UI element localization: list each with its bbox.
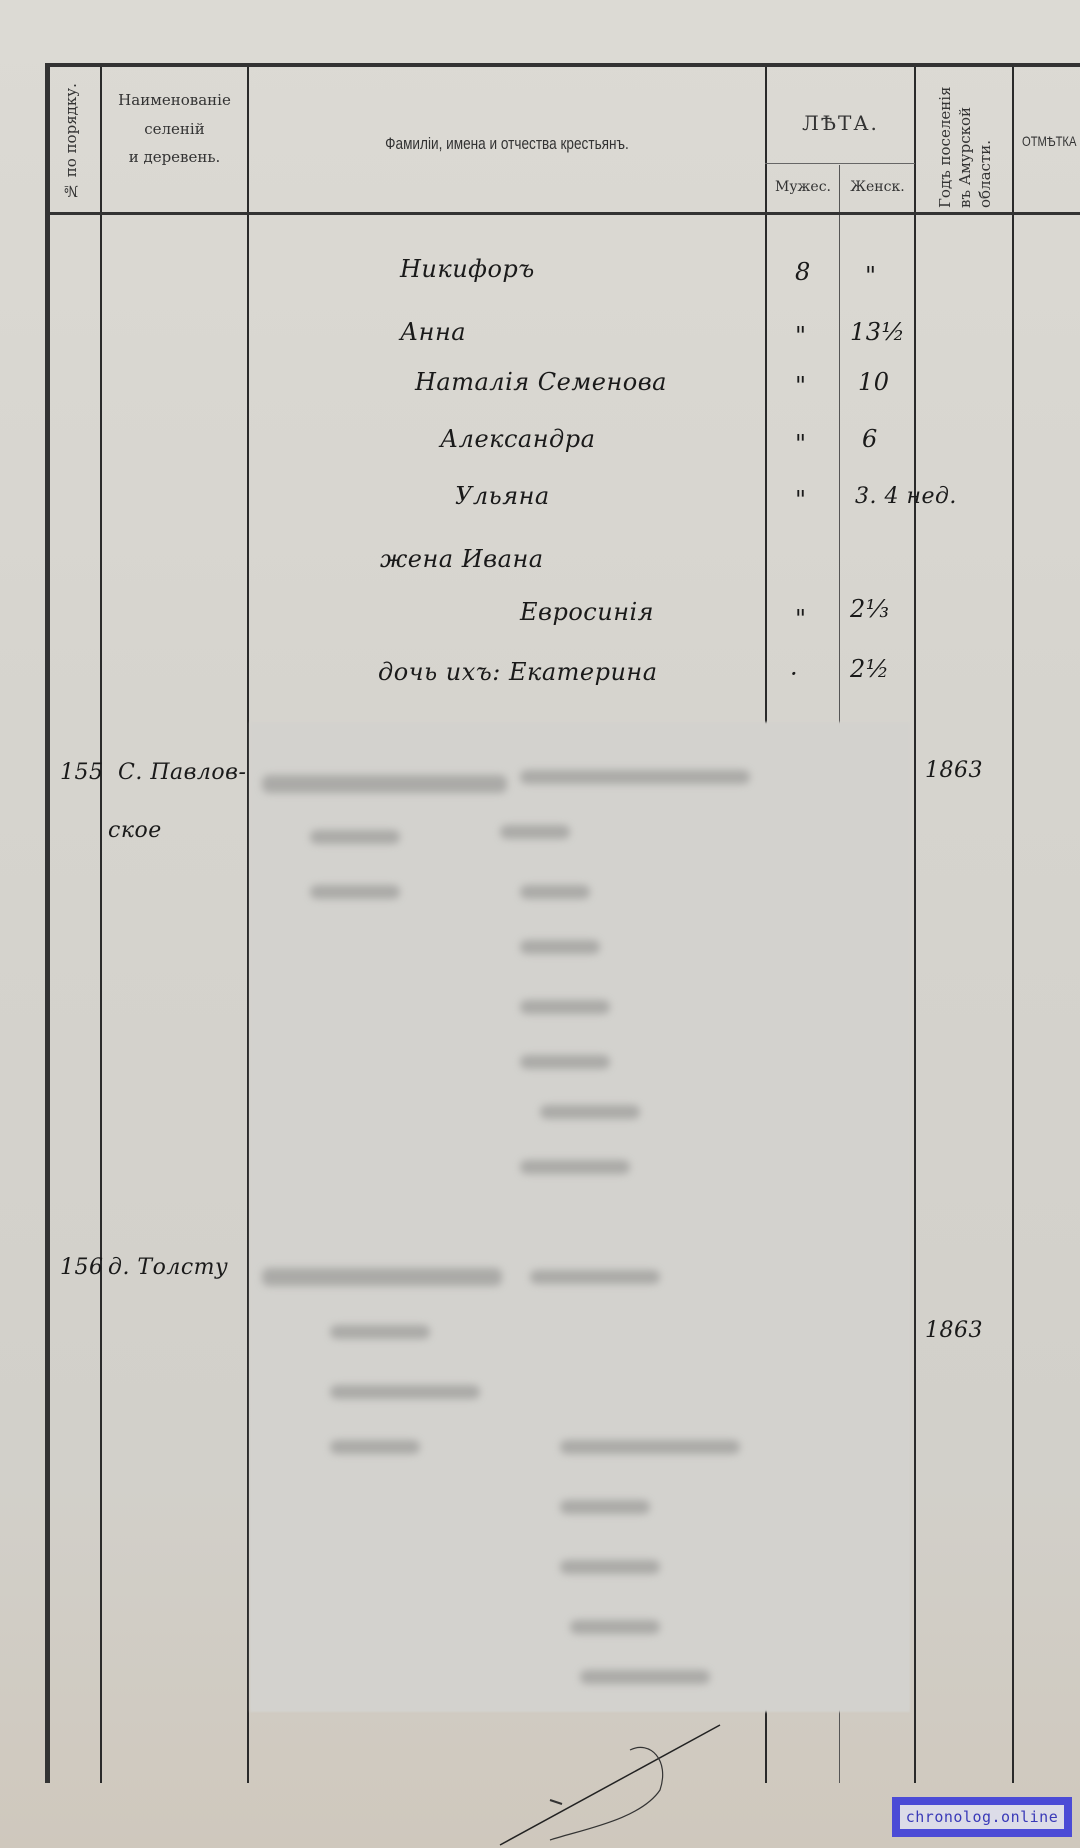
- redacted-stroke: [560, 1500, 650, 1514]
- header-year-line1: Годъ поселенія: [936, 78, 954, 208]
- row-name-6: Евросинія: [520, 598, 654, 626]
- redacted-stroke: [520, 940, 600, 954]
- row-female-7: 2½: [850, 655, 890, 683]
- redacted-stroke: [262, 775, 507, 793]
- row-name-7: дочь ихъ: Екатерина: [378, 658, 658, 686]
- row-name-1: Анна: [400, 318, 466, 346]
- entry-156-settlement: д. Толсту: [108, 1255, 228, 1280]
- header-names: Фамиліи, имена и отчества крестьянъ.: [301, 128, 714, 160]
- col-divider-year: [1012, 67, 1014, 1783]
- redacted-stroke: [330, 1325, 430, 1339]
- redacted-stroke: [520, 885, 590, 899]
- row-female-4: 3. 4 нед.: [855, 484, 957, 509]
- row-name-0: Никифоръ: [400, 255, 535, 283]
- redacted-stroke: [560, 1440, 740, 1454]
- entry-155-year: 1863: [925, 758, 983, 783]
- row-male-6: ": [795, 605, 807, 633]
- watermark-text: chronolog.online: [900, 1805, 1065, 1829]
- row-name-4: Ульяна: [455, 482, 550, 510]
- col-divider-number: [100, 67, 102, 1783]
- entry-156-year: 1863: [925, 1318, 983, 1343]
- row-female-2: 10: [858, 368, 890, 396]
- row-male-1: ": [795, 322, 807, 350]
- entry-155-number: 155: [60, 760, 104, 785]
- header-bottom-border: [45, 212, 1080, 215]
- entry-155-settlement: С. Павлов-: [118, 760, 246, 785]
- col-divider-female: [914, 67, 916, 1783]
- table-top-border: [45, 63, 1080, 67]
- header-settlement-line2: селеній: [102, 115, 247, 144]
- row-female-1: 13½: [850, 318, 905, 346]
- header-settlement-line3: и деревень.: [102, 143, 247, 172]
- signature-icon: [490, 1710, 750, 1848]
- row-name-3: Александра: [440, 425, 595, 453]
- row-female-3: 6: [862, 425, 878, 453]
- header-year-settled: Годъ поселенія въ Амурской области.: [920, 78, 1010, 208]
- redacted-stroke: [520, 1055, 610, 1069]
- col-divider-settlement: [247, 67, 249, 1783]
- redacted-stroke: [580, 1670, 710, 1684]
- header-settlement: Наименованіе селеній и деревень.: [102, 86, 247, 172]
- row-male-2: ": [795, 372, 807, 400]
- redacted-stroke: [310, 885, 400, 899]
- header-number: № по порядку.: [62, 78, 80, 206]
- redacted-stroke: [500, 825, 570, 839]
- header-year-line2: въ Амурской: [956, 78, 974, 208]
- row-male-3: ": [795, 430, 807, 458]
- entry-156-number: 156: [60, 1255, 104, 1280]
- redacted-stroke: [310, 830, 400, 844]
- row-female-0: ": [865, 262, 877, 290]
- redacted-stroke: [520, 1000, 610, 1014]
- redacted-stroke: [560, 1560, 660, 1574]
- header-age-male: Мужес.: [767, 174, 839, 201]
- redacted-stroke: [330, 1440, 420, 1454]
- redacted-stroke: [520, 1160, 630, 1174]
- redacted-stroke: [570, 1620, 660, 1634]
- age-subheader-line: [765, 163, 915, 164]
- row-male-4: ": [795, 486, 807, 514]
- redacted-stroke: [330, 1385, 480, 1399]
- header-age-female: Женск.: [841, 174, 914, 201]
- table-left-border: [45, 63, 50, 1783]
- redacted-stroke: [262, 1268, 502, 1286]
- entry-155-settlement-cont: ское: [108, 818, 162, 843]
- redacted-stroke: [540, 1105, 640, 1119]
- row-male-7: ·: [790, 660, 798, 688]
- row-name-2: Наталія Семенова: [415, 368, 667, 396]
- header-remarks: ОТМѢТКА: [1022, 128, 1080, 155]
- row-name-5: жена Ивана: [380, 545, 544, 573]
- redacted-stroke: [520, 770, 750, 784]
- watermark-badge: chronolog.online: [892, 1797, 1072, 1837]
- header-settlement-line1: Наименованіе: [102, 86, 247, 115]
- header-age: ЛѢТА.: [767, 104, 914, 142]
- redacted-stroke: [530, 1270, 660, 1284]
- header-year-line3: области.: [976, 78, 994, 208]
- row-female-6: 2⅓: [850, 595, 890, 623]
- row-male-0: 8: [795, 258, 811, 286]
